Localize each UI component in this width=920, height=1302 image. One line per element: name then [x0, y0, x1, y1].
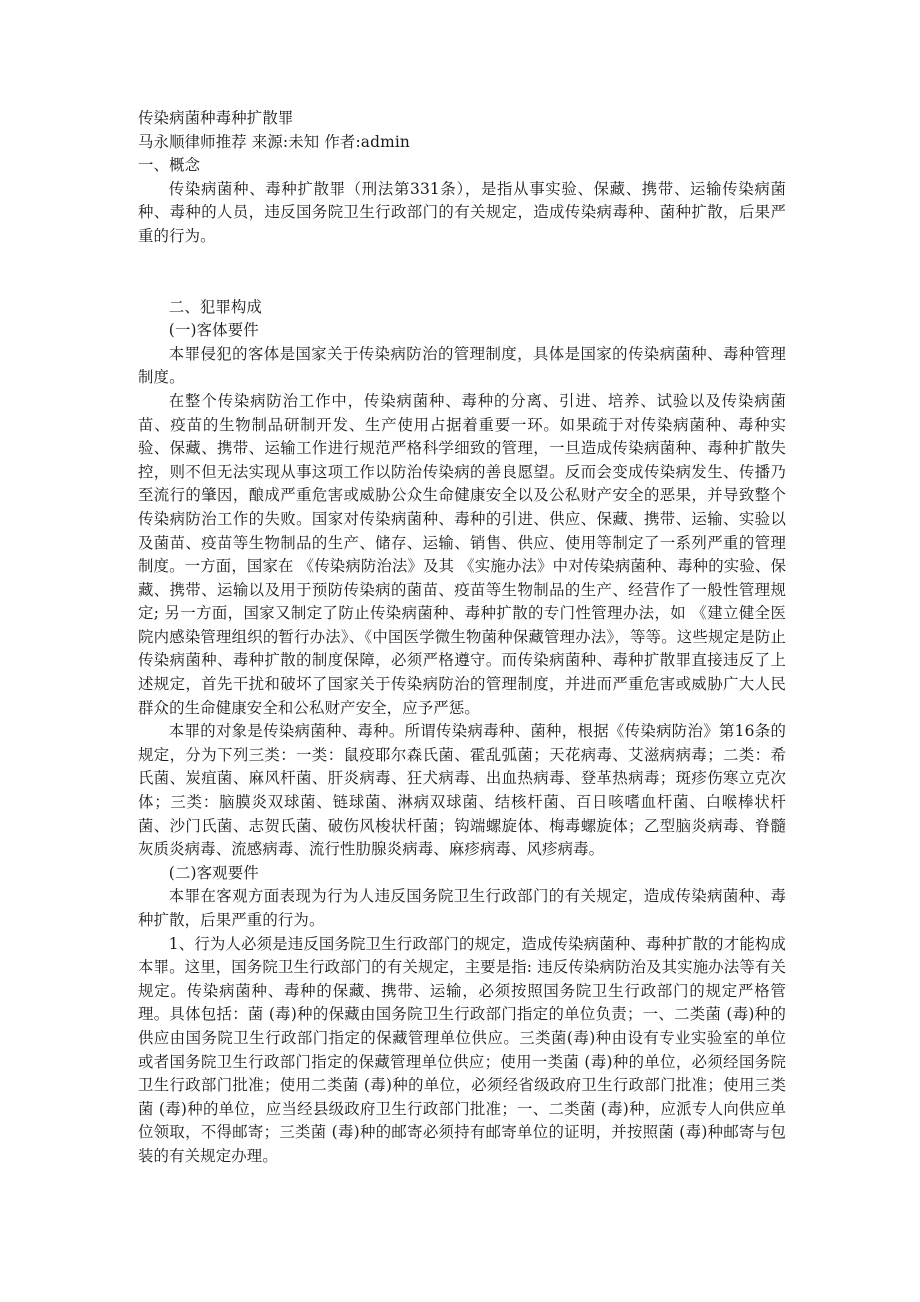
section-heading-elements: 二、犯罪构成: [138, 296, 786, 320]
section-heading-concept: 一、概念: [138, 154, 786, 178]
objective-paragraph-2: 1、行为人必须是违反国务院卫生行政部门的规定，造成传染病菌种、毒种扩散的才能构成…: [138, 933, 786, 1169]
byline: 马永顺律师推荐 来源:未知 作者:admin: [138, 131, 786, 155]
object-paragraph-3: 本罪的对象是传染病菌种、毒种。所谓传染病毒种、菌种，根据《传染病防治》第16条的…: [138, 720, 786, 862]
subsection-heading-objective: (二)客观要件: [138, 862, 786, 886]
objective-paragraph-1: 本罪在客观方面表现为行为人违反国务院卫生行政部门的有关规定，造成传染病菌种、毒种…: [138, 885, 786, 932]
document-page: 传染病菌种毒种扩散罪 马永顺律师推荐 来源:未知 作者:admin 一、概念 传…: [138, 107, 786, 1169]
subsection-heading-object: (一)客体要件: [138, 319, 786, 343]
concept-paragraph: 传染病菌种、毒种扩散罪（刑法第331条），是指从事实验、保藏、携带、运输传染病菌…: [138, 178, 786, 249]
object-paragraph-1: 本罪侵犯的客体是国家关于传染病防治的管理制度，具体是国家的传染病菌种、毒种管理制…: [138, 343, 786, 390]
spacer: [138, 249, 786, 296]
document-title: 传染病菌种毒种扩散罪: [138, 107, 786, 131]
object-paragraph-2: 在整个传染病防治工作中，传染病菌种、毒种的分离、引进、培养、试验以及传染病菌苗、…: [138, 390, 786, 720]
